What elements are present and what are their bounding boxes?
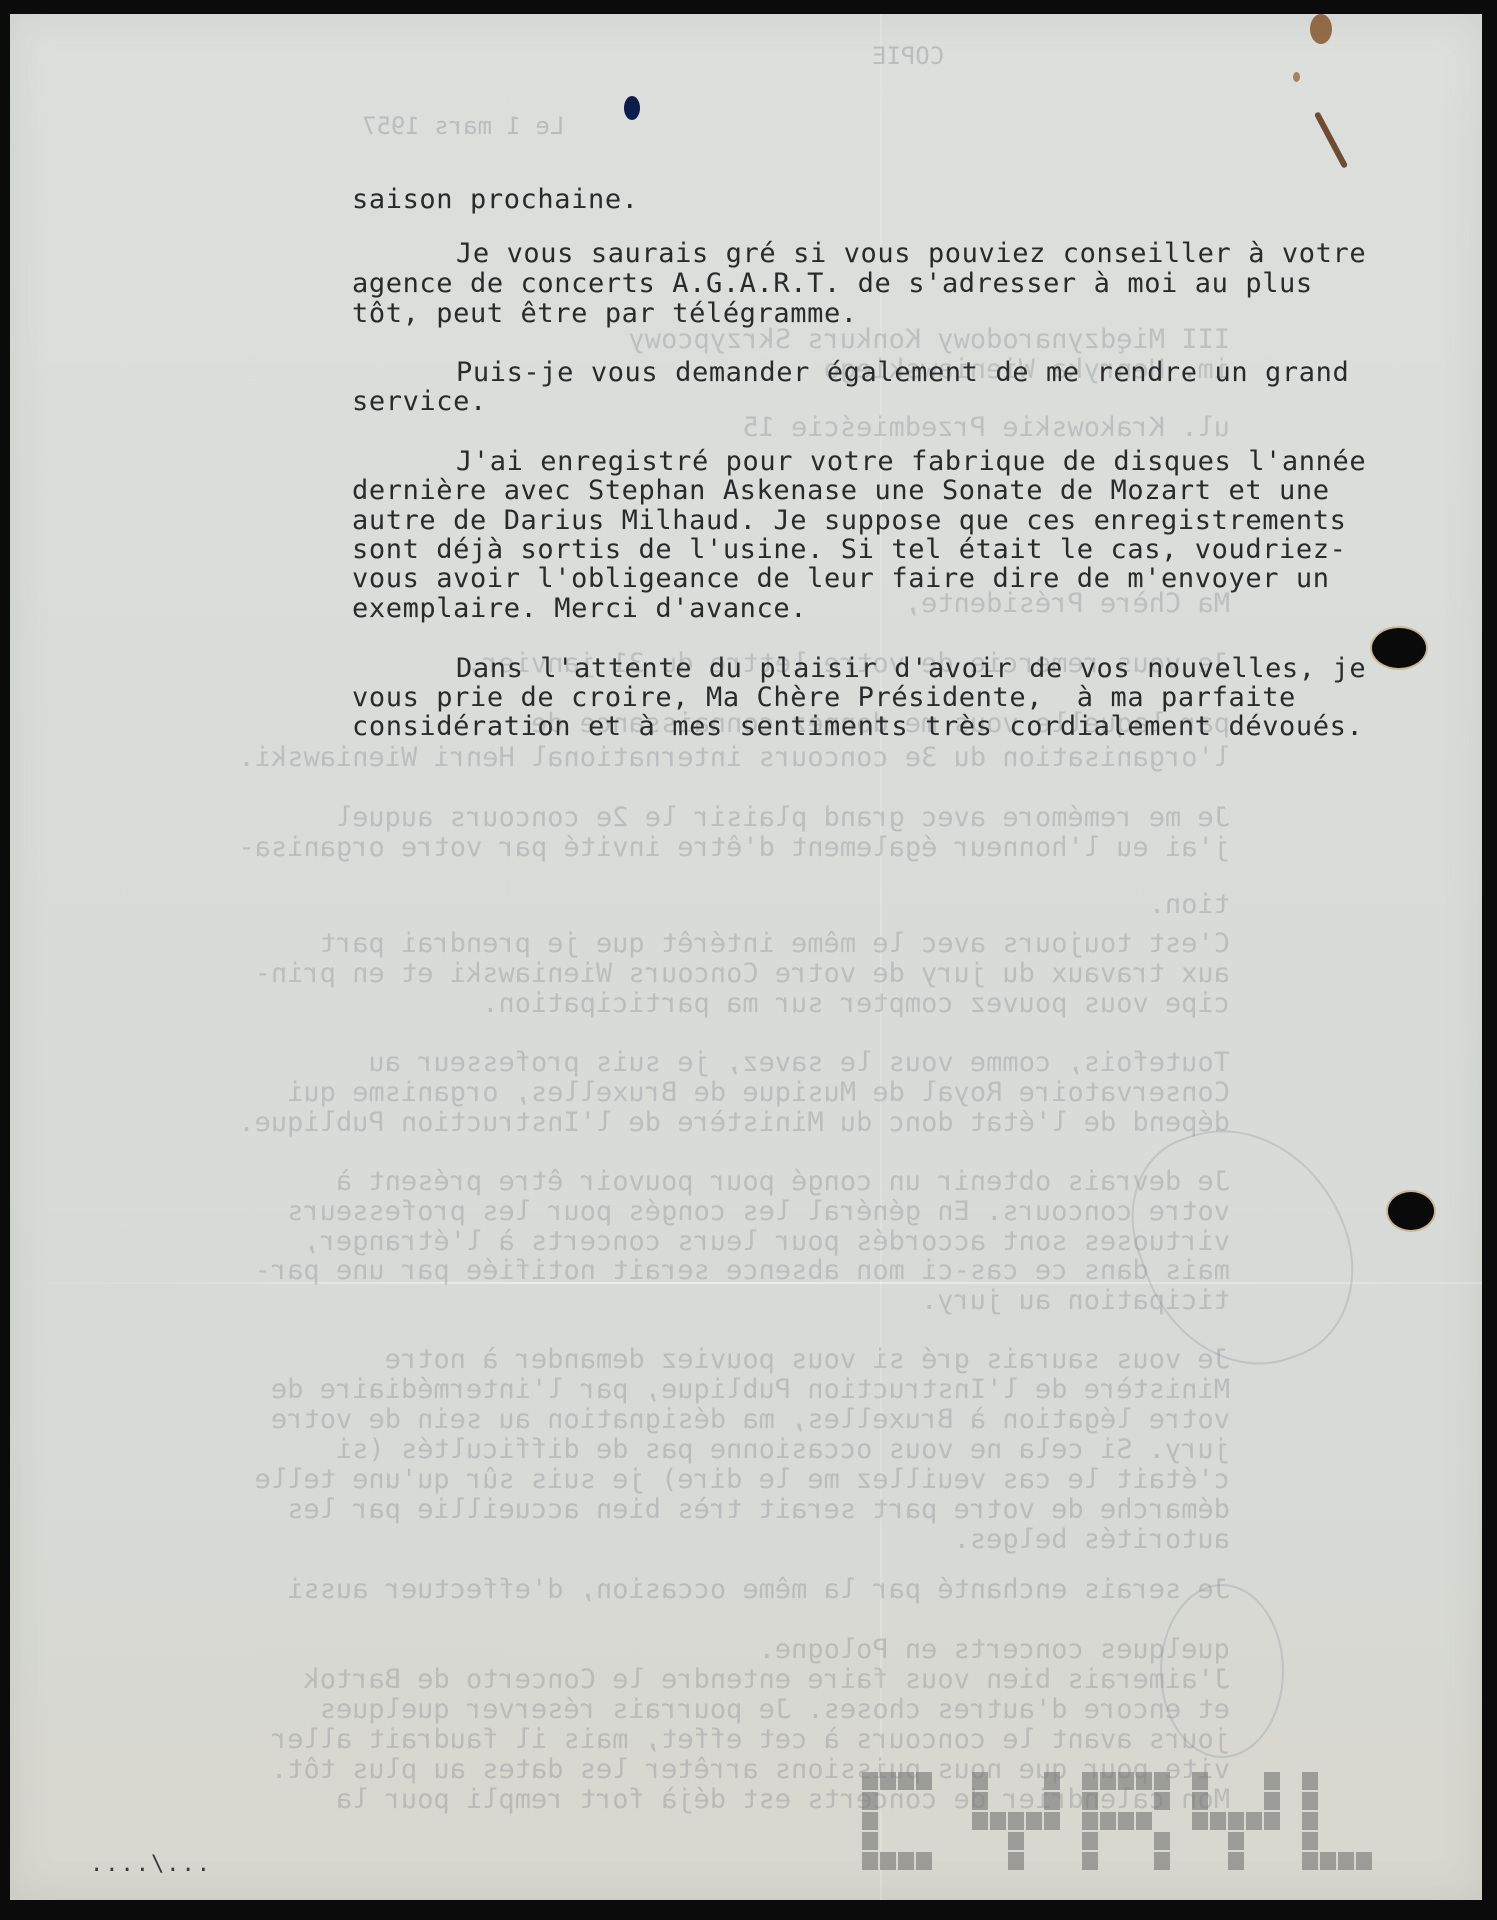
letter-line: autre de Darius Milhaud. Je suppose que … bbox=[352, 507, 1346, 534]
watermark-letter bbox=[1082, 1772, 1170, 1870]
bleed-through-line: virtuoses sont accordés pour leurs conce… bbox=[303, 1226, 1230, 1257]
ink-blot bbox=[624, 96, 640, 120]
bleed-through-line: Je serais enchanté par la même occasion,… bbox=[287, 1574, 1230, 1605]
bleed-through-line: l'organisation du 3e concours internatio… bbox=[238, 742, 1230, 773]
bleed-through-line: dépend de l'état donc du Ministère de l'… bbox=[238, 1107, 1230, 1138]
punch-hole-lower bbox=[1388, 1192, 1434, 1230]
letter-line: agence de concerts A.G.A.R.T. de s'adres… bbox=[352, 270, 1313, 297]
watermark-letter bbox=[972, 1772, 1060, 1870]
bleed-through-line: tion. bbox=[1149, 889, 1230, 920]
bleed-through-line: Toutefois, comme vous le savez, je suis … bbox=[368, 1047, 1230, 1078]
letter-line: Dans l'attente du plaisir d'avoir de vos… bbox=[352, 655, 1366, 682]
bleed-through-line: Je devrais obtenir un congé pour pouvoir… bbox=[336, 1166, 1230, 1197]
bleed-through-line: jours avant le concours à cet effet, mai… bbox=[271, 1724, 1230, 1755]
bleed-through-line: C'est toujours avec le même intérêt que … bbox=[320, 928, 1230, 959]
bleed-through-line: Je me remémore avec grand plaisir le 2e … bbox=[336, 802, 1230, 833]
bleed-through-line: Conservatoire Royal de Musique de Bruxel… bbox=[287, 1077, 1230, 1108]
watermark-letter bbox=[1192, 1772, 1280, 1870]
bleed-through-line: J'aimerais bien vous faire entendre le C… bbox=[303, 1664, 1230, 1695]
bleed-through-copy-label: COPIE bbox=[872, 42, 944, 70]
letter-line: vous avoir l'obligeance de leur faire di… bbox=[352, 565, 1330, 592]
bleed-through-line: ul. Krakowskie Przedmieście 15 bbox=[742, 412, 1230, 443]
letter-line: dernière avec Stephan Askenase une Sonat… bbox=[352, 477, 1330, 504]
bleed-through-line: c'était le cas veuillez me le dire) je s… bbox=[255, 1464, 1230, 1495]
watermark-letter bbox=[1302, 1772, 1390, 1870]
bleed-through-line: votre concours. En général les congés po… bbox=[287, 1196, 1230, 1227]
bleed-through-line: j'ai eu l'honneur également d'être invit… bbox=[238, 832, 1230, 863]
rust-spot bbox=[1293, 72, 1300, 82]
staple-mark bbox=[1314, 111, 1348, 169]
letter-line: Puis-je vous demander également de me re… bbox=[352, 359, 1349, 386]
rust-stain bbox=[1310, 14, 1332, 44]
bleed-through-line: cipe vous pouvez compter sur ma particip… bbox=[482, 988, 1230, 1019]
bleed-through-line: mais dans ce cas-ci mon absence serait n… bbox=[255, 1255, 1230, 1286]
letter-line: exemplaire. Merci d'avance. bbox=[352, 595, 807, 622]
letter-line: considération et à mes sentiments très c… bbox=[352, 713, 1363, 740]
letter-line: sont déjà sortis de l'usine. Si tel étai… bbox=[352, 536, 1346, 563]
punch-hole-upper bbox=[1372, 628, 1426, 668]
bleed-through-date: Le 1 mars 1957 bbox=[362, 112, 564, 140]
watermark-letter bbox=[862, 1772, 950, 1870]
bleed-through-line: votre légation à Bruxelles, ma désignati… bbox=[271, 1404, 1230, 1435]
bleed-through-line: Ministère de l'Instruction Publique, par… bbox=[271, 1374, 1230, 1405]
watermark-logo bbox=[862, 1772, 1390, 1870]
continuation-mark: ....\... bbox=[90, 1852, 212, 1877]
letter-line: tôt, peut être par télégramme. bbox=[352, 300, 858, 327]
letter-line: saison prochaine. bbox=[352, 186, 639, 213]
bleed-through-line: Je vous saurais gré si vous pouviez dema… bbox=[385, 1344, 1230, 1375]
letter-line: vous prie de croire, Ma Chère Présidente… bbox=[352, 684, 1296, 711]
bleed-through-line: autorités belges. bbox=[954, 1524, 1230, 1555]
bleed-through-line: aux travaux du jury de votre Concours Wi… bbox=[255, 958, 1230, 989]
letter-line: Je vous saurais gré si vous pouviez cons… bbox=[352, 240, 1366, 267]
bleed-through-line: jury. Si cela ne vous occasionne pas de … bbox=[336, 1434, 1230, 1465]
letter-page: COPIE Le 1 mars 1957 III Międzynarodowy … bbox=[10, 14, 1482, 1900]
letter-line: service. bbox=[352, 388, 487, 415]
letter-line: J'ai enregistré pour votre fabrique de d… bbox=[352, 448, 1366, 475]
bleed-through-line: et encore d'autres choses. Je pourrais r… bbox=[320, 1694, 1230, 1725]
pencil-sketch-lower bbox=[1160, 1584, 1284, 1758]
bleed-through-line: démarche de votre part serait très bien … bbox=[287, 1494, 1230, 1525]
bleed-through-line: quelques concerts en Pologne. bbox=[759, 1634, 1230, 1665]
